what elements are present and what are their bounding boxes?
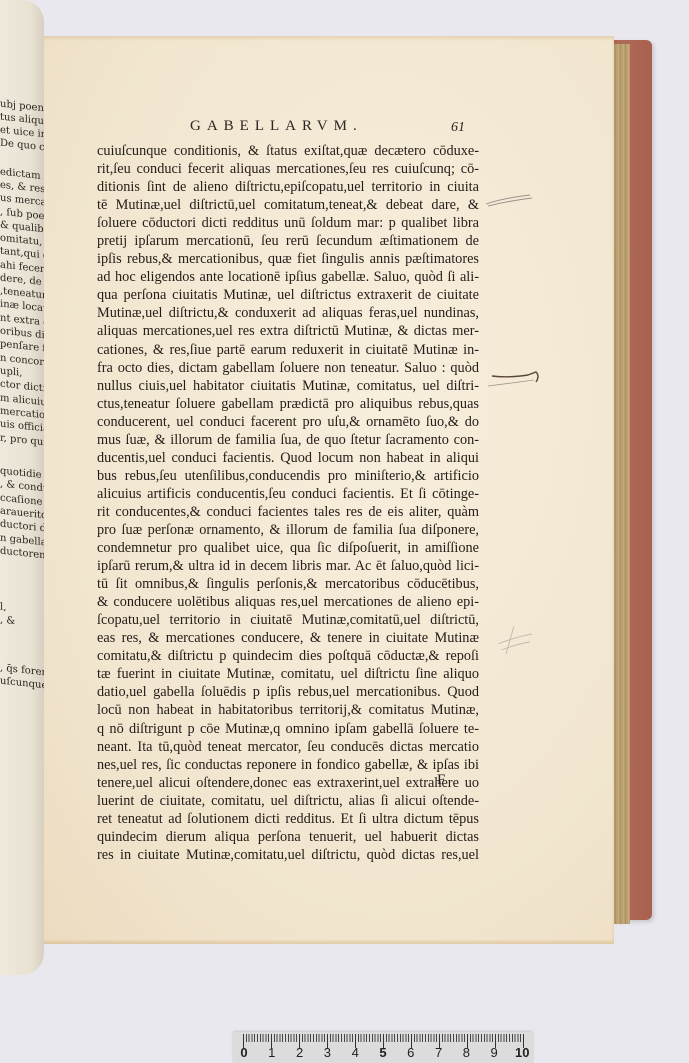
text-line: ſoluere cōductori dicti redditus unū ſol…	[97, 214, 479, 232]
text-line: cationes, & res,ſiue partē earum reduxer…	[97, 341, 479, 359]
ruler-label: 5	[376, 1045, 390, 1061]
page-number: 61	[451, 120, 465, 136]
text-line: luerint de ciuitate, comitatu, uel diſtr…	[97, 792, 479, 810]
text-line: ad hoc eligendos ante locationē ipſius g…	[97, 268, 479, 286]
pencil-cross-mark-icon	[494, 622, 536, 658]
text-line: comitatu,& diſtrictu p quindecim dies po…	[97, 647, 479, 665]
text-line: res in ciuitate Mutinæ,comitatu,uel diſt…	[97, 846, 479, 864]
text-line: condemnetur pro qualibet uice, qua ſic d…	[97, 539, 479, 557]
left-page-fragment: ubj poena duptus aliquid net uice in ſol…	[0, 0, 44, 975]
ruler-label: 4	[348, 1045, 362, 1061]
text-line: rit,ſeu conduci fecerit aliquas mercatio…	[97, 160, 479, 178]
text-line: neant. Ita tū,quòd teneat mercator, ſeu …	[97, 738, 479, 756]
text-line: locū non habeat in habitatoribus territo…	[97, 701, 479, 719]
text-line: & conducere uolētibus aliquas res,uel me…	[97, 593, 479, 611]
text-line: ctus,teneatur ſoluere gabellam prædictā …	[97, 395, 479, 413]
text-line: tenere,uel alicui oſtendere,donec eas ex…	[97, 774, 479, 792]
text-line: alicuius artificis conducentis,ſeu condu…	[97, 485, 479, 503]
text-line: tū ſit omnibus,& ſingulis perſonis,& mer…	[97, 575, 479, 593]
text-line: aliquas mercationes,uel res extra diſtri…	[97, 322, 479, 340]
text-line: ret teneatut ad ſolutionem dicti redditu…	[97, 810, 479, 828]
text-line: Mutinæ,uel diſtrictu,& conduxerit ad ali…	[97, 304, 479, 322]
text-line: ipſarū rerum,& ultra id in decem libris …	[97, 557, 479, 575]
text-line: pro ſuæ perſonæ ornamento, & illorum de …	[97, 521, 479, 539]
body-text: cuiuſcunque conditionis, & ſtatus exiſta…	[97, 142, 479, 864]
page-block-edges	[612, 44, 630, 924]
text-line: ſcopatu,uel territorio in ciuitatē Mutin…	[97, 611, 479, 629]
text-line: tē Mutinæ,uel diſtrictū,uel comitatum,te…	[97, 196, 479, 214]
text-line: ipſis rebus,& mercationibus, quæ fiet ſi…	[97, 250, 479, 268]
ruler-label: 3	[320, 1045, 334, 1061]
scale-ruler: 012345678910	[233, 1032, 533, 1063]
ruler-label: 8	[459, 1045, 473, 1061]
text-line: bus rebus,ſeu utenſilibus,conducendis pr…	[97, 467, 479, 485]
text-line: q nō diſtrigunt p cōe Mutinæ,q omnino ip…	[97, 720, 479, 738]
text-line: tæ fuerint in ciuitate Mutinæ, comitatu,…	[97, 665, 479, 683]
ruler-label: 0	[237, 1045, 251, 1061]
text-line: nes,uel res, ſic conductas reponere in f…	[97, 756, 479, 774]
text-line: cuiuſcunque conditionis, & ſtatus exiſta…	[97, 142, 479, 160]
text-line: ditionis ſint de alieno diſtrictu,epiſco…	[97, 178, 479, 196]
text-line: mus ſuæ, & illorum de familia ſua, de qu…	[97, 431, 479, 449]
ruler-label: 9	[487, 1045, 501, 1061]
ink-bracket-mark-icon	[488, 366, 543, 388]
pencil-margin-mark-icon	[484, 192, 534, 208]
ruler-label: 2	[293, 1045, 307, 1061]
text-line: fra octo dies, dictam gabellam ſoluere n…	[97, 359, 479, 377]
text-line: eas res, & mercationes conducere, & tene…	[97, 629, 479, 647]
text-line: rit conducentes,& conduci facientes tale…	[97, 503, 479, 521]
signature-mark: F	[437, 772, 445, 789]
ruler-label: 10	[515, 1045, 529, 1061]
text-line: datio,uel gabella ſoluēdis p ipſis rebus…	[97, 683, 479, 701]
running-title: GABELLARVM.	[190, 118, 363, 135]
page-header: GABELLARVM. 61	[190, 118, 465, 138]
text-line: qua perſona ciuitatis Mutinæ, uel diſtri…	[97, 286, 479, 304]
text-line: nullus ciuis,uel habitator ciuitatis Mut…	[97, 377, 479, 395]
ruler-labels: 012345678910	[237, 1045, 529, 1061]
text-line: pretij ipſarum mercationū, ſeu rerū ſecu…	[97, 232, 479, 250]
text-line: ducentis,uel conduci facientis. Quod loc…	[97, 449, 479, 467]
ruler-label: 7	[432, 1045, 446, 1061]
ruler-label: 1	[265, 1045, 279, 1061]
ruler-label: 6	[404, 1045, 418, 1061]
text-line: conducerent, uel conduci facerent pro uſ…	[97, 413, 479, 431]
text-line: quindecim dierum aliqua perſona tenuerit…	[97, 828, 479, 846]
